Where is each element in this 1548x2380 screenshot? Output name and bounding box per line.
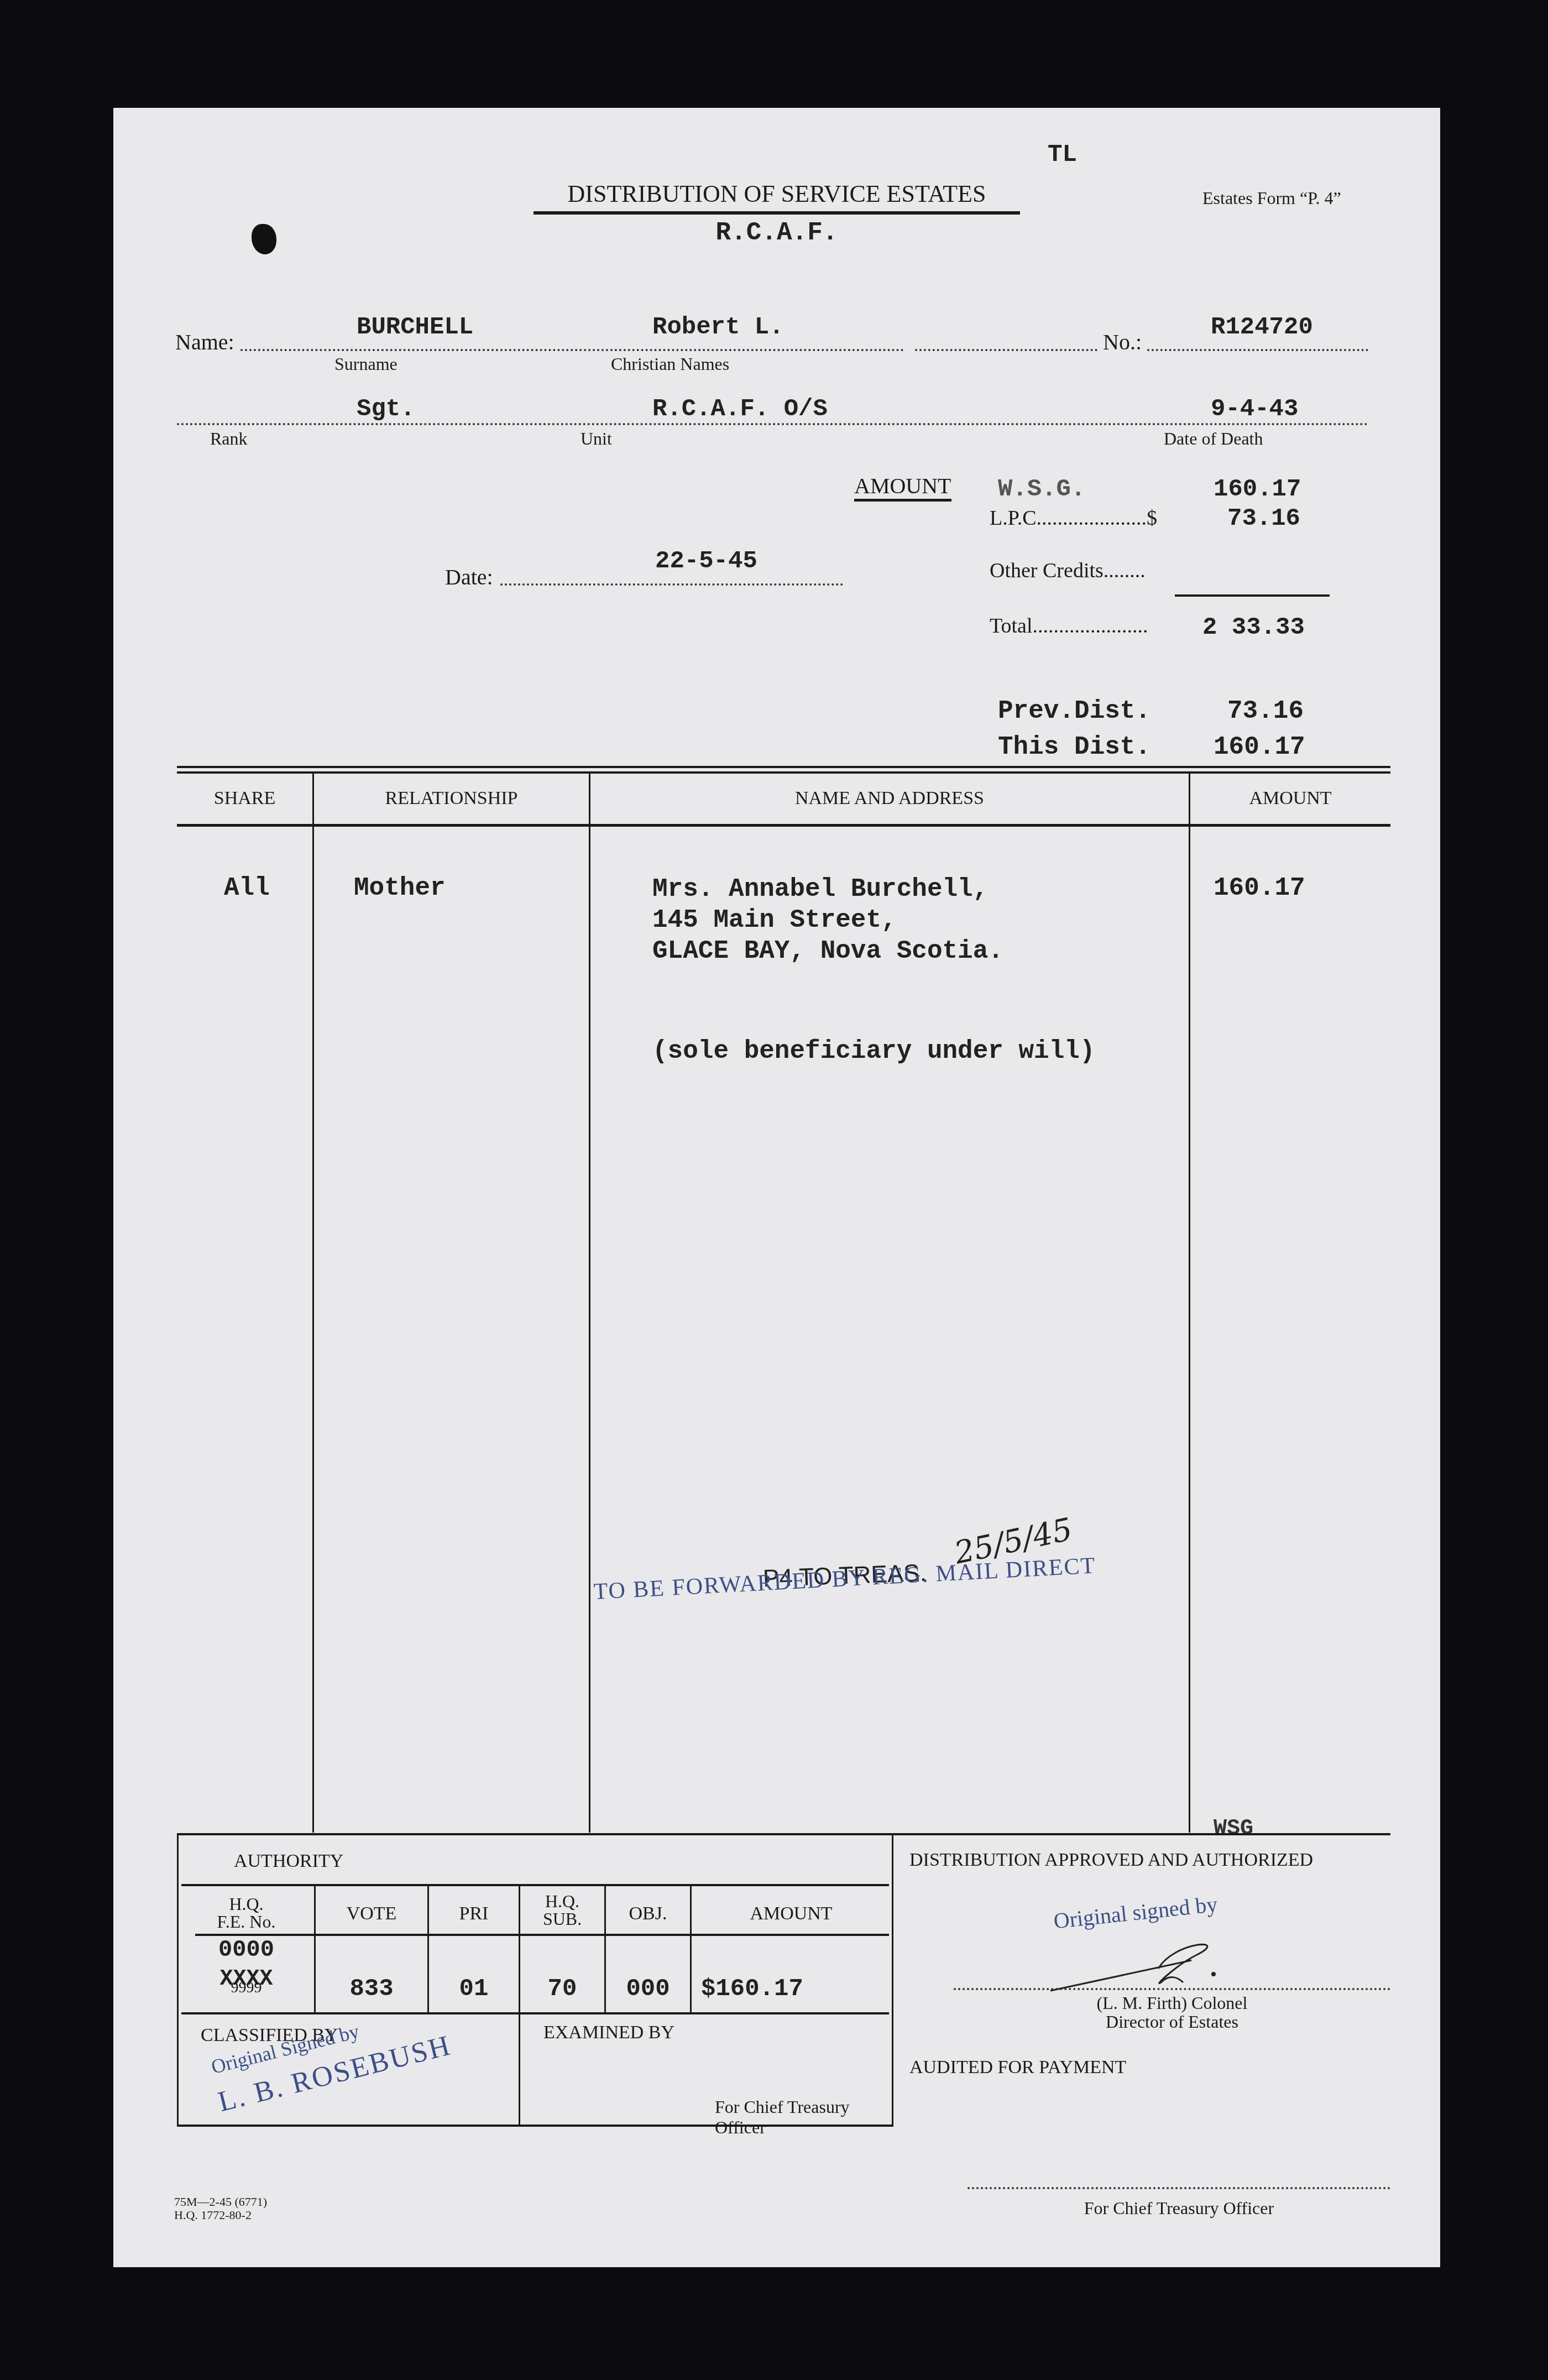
signer-name: (L. M. Firth) Colonel bbox=[954, 1993, 1390, 2012]
total-value: 2 33.33 bbox=[1202, 614, 1305, 641]
auth-col-hq-sub-line2: SUB. bbox=[520, 1910, 604, 1928]
wsg-value: 160.17 bbox=[1214, 476, 1301, 503]
authority-rule bbox=[181, 1884, 889, 1886]
auth-col-hq-fe-line1: H.Q. bbox=[179, 1895, 314, 1913]
examined-footer: For Chief Treasury Officer bbox=[715, 2097, 892, 2138]
pri-value: 01 bbox=[429, 1975, 519, 2003]
surname-label: Surname bbox=[334, 354, 398, 374]
table-top-rule bbox=[177, 766, 1390, 768]
auth-col-obj: OBJ. bbox=[606, 1903, 690, 1924]
authority-box: AUTHORITY H.Q. F.E. No. VOTE PRI H.Q. SU… bbox=[177, 1834, 893, 2127]
auth-lower-rule bbox=[181, 2012, 889, 2014]
authority-amount-value: $160.17 bbox=[701, 1975, 803, 2003]
document-page: TL DISTRIBUTION OF SERVICE ESTATES R.C.A… bbox=[113, 108, 1440, 2267]
auth-header-rule bbox=[195, 1934, 889, 1936]
rank-value: Sgt. bbox=[357, 395, 415, 423]
col-header-relationship: RELATIONSHIP bbox=[314, 788, 589, 809]
obj-value: 000 bbox=[606, 1975, 690, 2003]
signer-title: Director of Estates bbox=[954, 2012, 1390, 2031]
date-of-death-value: 9-4-43 bbox=[1211, 395, 1298, 423]
service-number: R124720 bbox=[1211, 314, 1313, 341]
approval-stamp: Original signed by bbox=[1052, 1891, 1218, 1934]
table-top-rule-2 bbox=[177, 771, 1390, 774]
date-label: Date: bbox=[445, 564, 493, 590]
table-header-rule bbox=[177, 824, 1390, 827]
vote-value: 833 bbox=[316, 1975, 427, 2003]
fe-no-top: 0000 bbox=[179, 1937, 314, 1963]
name-address-cell: Mrs. Annabel Burchell, 145 Main Street, … bbox=[652, 874, 1003, 967]
name-line bbox=[240, 349, 904, 351]
amount-heading: AMOUNT bbox=[854, 473, 951, 502]
rank-label: Rank bbox=[210, 429, 248, 449]
print-code-2: H.Q. 1772-80-2 bbox=[174, 2209, 267, 2222]
punch-hole bbox=[252, 224, 276, 254]
approval-heading: DISTRIBUTION APPROVED AND AUTHORIZED bbox=[909, 1850, 1313, 1871]
share-cell: All bbox=[224, 874, 270, 902]
surname-value: BURCHELL bbox=[357, 314, 473, 341]
this-dist-value: 160.17 bbox=[1214, 733, 1305, 761]
audited-footer: For Chief Treasury Officer bbox=[967, 2198, 1390, 2219]
name-line-2 bbox=[915, 349, 1097, 351]
lpc-value: 73.16 bbox=[1227, 505, 1300, 533]
sum-rule bbox=[1175, 594, 1330, 597]
unit-label: Unit bbox=[580, 429, 612, 449]
col-divider-1 bbox=[312, 774, 314, 1833]
col-header-amount: AMOUNT bbox=[1190, 788, 1390, 809]
total-label: Total...................... bbox=[990, 614, 1148, 638]
lpc-label: L.P.C.....................$ bbox=[990, 506, 1157, 530]
col-divider-2 bbox=[589, 774, 590, 1833]
auth-col-hq-fe: H.Q. F.E. No. bbox=[179, 1895, 314, 1930]
date-line bbox=[500, 583, 843, 586]
other-credits-label: Other Credits........ bbox=[990, 559, 1146, 583]
file-mark: TL bbox=[1048, 141, 1077, 169]
form-subtitle: R.C.A.F. bbox=[534, 218, 1020, 247]
audited-label: AUDITED FOR PAYMENT bbox=[909, 2057, 1126, 2078]
this-dist-label: This Dist. bbox=[998, 733, 1150, 761]
print-code-1: 75M—2-45 (6771) bbox=[174, 2195, 267, 2209]
auth-col-amount: AMOUNT bbox=[692, 1903, 891, 1924]
authority-heading: AUTHORITY bbox=[234, 1851, 343, 1872]
auth-col-hq-fe-line2: F.E. No. bbox=[179, 1913, 314, 1930]
relationship-cell: Mother bbox=[354, 874, 446, 902]
christian-names-label: Christian Names bbox=[611, 354, 729, 374]
form-id: Estates Form “P. 4” bbox=[1202, 188, 1341, 208]
col-header-name-address: NAME AND ADDRESS bbox=[590, 788, 1189, 809]
christian-names-value: Robert L. bbox=[652, 314, 784, 341]
initials-wsg: WSG bbox=[1214, 1817, 1253, 1841]
address-line: GLACE BAY, Nova Scotia. bbox=[652, 936, 1003, 967]
address-line: Mrs. Annabel Burchell, bbox=[652, 874, 1003, 905]
form-title: DISTRIBUTION OF SERVICE ESTATES bbox=[534, 180, 1020, 215]
unit-value: R.C.A.F. O/S bbox=[652, 395, 828, 423]
mail-direct-stamp: TO BE FORWARDED BY REG. MAIL DIRECT bbox=[593, 1552, 1096, 1605]
print-codes: 75M—2-45 (6771) H.Q. 1772-80-2 bbox=[174, 2195, 267, 2222]
date-value: 22-5-45 bbox=[655, 547, 757, 575]
auth-col-hq-sub-line1: H.Q. bbox=[520, 1892, 604, 1910]
wsg-label: W.S.G. bbox=[998, 476, 1085, 503]
signature-line bbox=[954, 1988, 1390, 1990]
number-line bbox=[1147, 349, 1368, 351]
sub-value: 70 bbox=[520, 1975, 604, 2003]
address-line: 145 Main Street, bbox=[652, 905, 1003, 936]
audited-line bbox=[967, 2187, 1390, 2189]
auth-col-pri: PRI bbox=[429, 1903, 519, 1924]
date-of-death-label: Date of Death bbox=[1164, 429, 1263, 449]
amount-cell: 160.17 bbox=[1214, 874, 1305, 902]
auth-col-vote: VOTE bbox=[316, 1903, 427, 1924]
col-divider-3 bbox=[1189, 774, 1190, 1833]
beneficiary-note: (sole beneficiary under will) bbox=[652, 1037, 1095, 1066]
rank-line bbox=[177, 423, 1368, 425]
name-label: Name: bbox=[175, 329, 234, 355]
col-header-share: SHARE bbox=[177, 788, 312, 809]
auth-col-hq-sub: H.Q. SUB. bbox=[520, 1892, 604, 1928]
examined-by-label: EXAMINED BY bbox=[543, 2022, 674, 2043]
prev-dist-label: Prev.Dist. bbox=[998, 697, 1150, 726]
number-label: No.: bbox=[1103, 329, 1142, 355]
signer-block: (L. M. Firth) Colonel Director of Estate… bbox=[954, 1993, 1390, 2031]
fe-no-under: 9999 bbox=[179, 1979, 314, 1997]
prev-dist-value: 73.16 bbox=[1227, 697, 1304, 726]
